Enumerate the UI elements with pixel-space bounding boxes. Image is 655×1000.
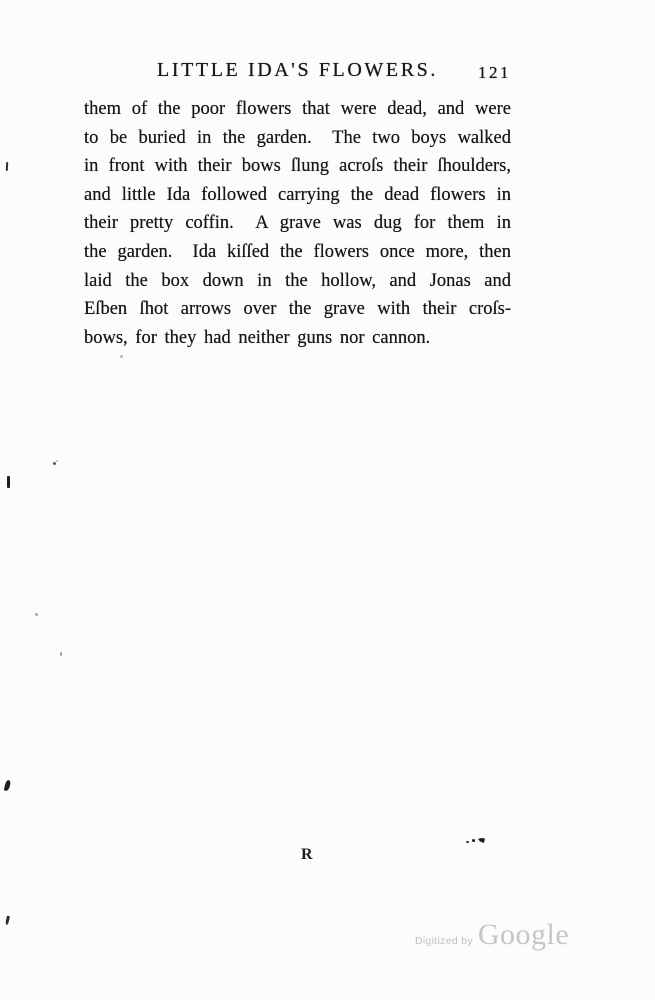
scanned-book-page: LITTLE IDA'S FLOWERS. 121 them of the po… — [0, 0, 655, 1000]
text-line: in front with their bows ſlung acroſs th… — [84, 152, 511, 181]
ink-tick-mark — [6, 162, 8, 171]
ink-smudge — [478, 838, 485, 843]
text-line: their pretty coffin. A grave was dug for… — [84, 209, 511, 238]
text-line: them of the poor flowers that were dead,… — [84, 95, 511, 124]
ink-smudge — [472, 839, 475, 842]
text-line: the garden. Ida kiſſed the flowers once … — [84, 238, 511, 267]
press-signature: R — [301, 846, 313, 864]
text-line: bows, for they had neither guns nor cann… — [84, 324, 511, 353]
digitized-by-google-watermark: Digitized by Google — [415, 920, 569, 950]
running-head: LITTLE IDA'S FLOWERS. 121 — [84, 59, 511, 85]
text-line: Eſben ſhot arrows over the grave with th… — [84, 295, 511, 324]
text-line: to be buried in the garden. The two boys… — [84, 124, 511, 153]
ink-smudge — [466, 841, 469, 843]
ink-speck — [53, 462, 56, 465]
watermark-prefix-text: Digitized by — [415, 935, 473, 947]
page-number: 121 — [478, 63, 511, 83]
page-title: LITTLE IDA'S FLOWERS. — [84, 59, 511, 82]
text-line: laid the box down in the hollow, and Jon… — [84, 267, 511, 296]
text-line: and little Ida followed carrying the dea… — [84, 181, 511, 210]
body-text: them of the poor flowers that were dead,… — [84, 95, 511, 352]
ink-speck — [120, 355, 123, 358]
ink-tick-mark — [7, 476, 10, 488]
ink-tick-mark — [5, 916, 10, 925]
ink-speck — [60, 652, 62, 656]
ink-speck — [56, 460, 58, 462]
ink-speck — [35, 613, 38, 616]
google-logo: Google — [478, 920, 569, 950]
ink-comma-mark — [4, 780, 12, 792]
